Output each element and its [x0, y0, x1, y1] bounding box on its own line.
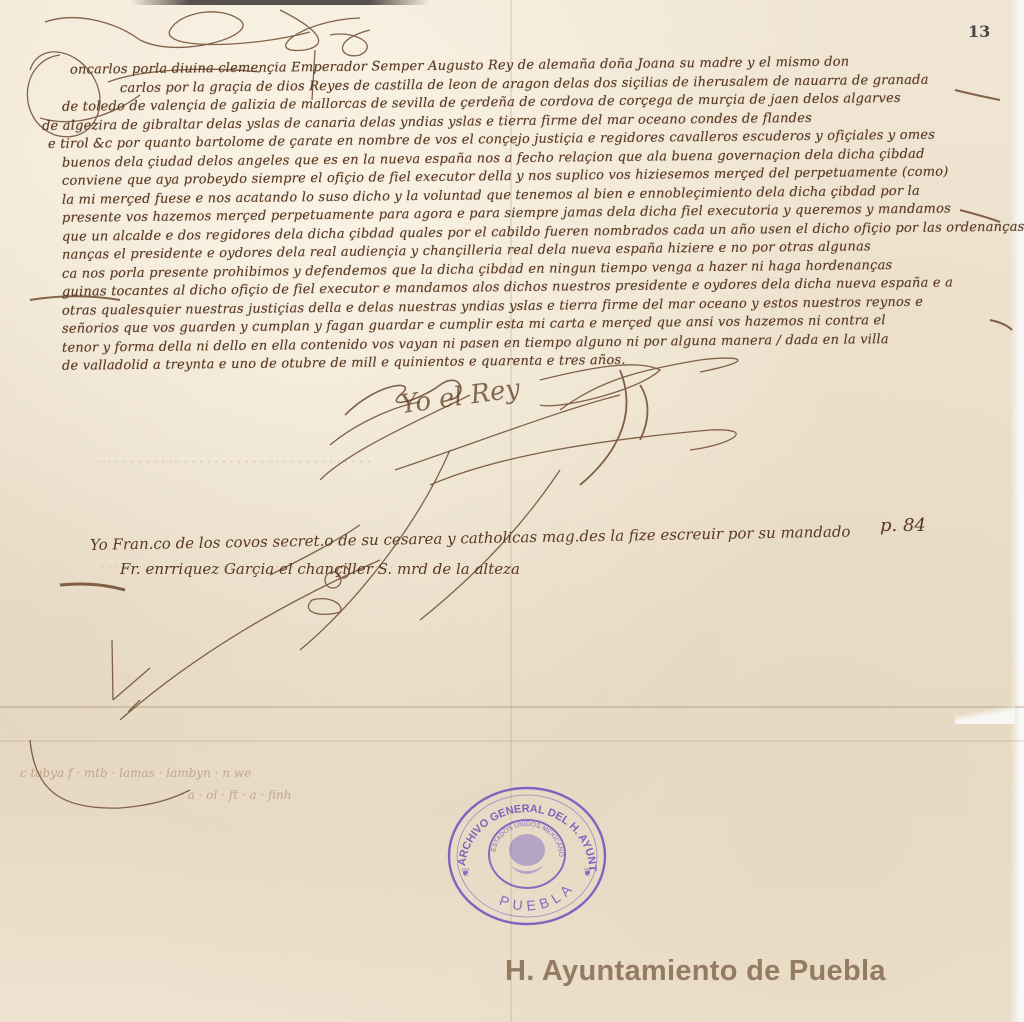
fold-line-horizontal-2: [0, 740, 1024, 742]
royal-signature: Yo el Rey: [398, 374, 521, 420]
secretary-note: Yo Fran.co de los covos secret.o de su c…: [90, 520, 990, 554]
manuscript-body: oncarlos porla diuina clemençia Emperado…: [40, 62, 1000, 377]
stamp-ornament-right: ❦: [583, 866, 592, 879]
fold-line-horizontal: [0, 706, 1024, 708]
folio-number: 13: [968, 22, 990, 41]
bleed-through-text: · · · · · · · · · · · · · · · · · · · · …: [100, 560, 417, 574]
archive-stamp-icon: ARCHIVO GENERAL DEL H. AYUNTAMIENTO ESTA…: [443, 784, 611, 928]
torn-edge: [955, 706, 1015, 724]
bleed-through-text: · a · ol · ft · a · finh: [180, 788, 292, 802]
rubric-note: p. 84: [880, 515, 926, 536]
archive-watermark: H. Ayuntamiento de Puebla: [505, 955, 886, 988]
bleed-through-text: c tabya f · mtb · lamas · iambyn · n we: [20, 766, 251, 780]
manuscript-page: 13: [0, 0, 1024, 1022]
stamp-ornament-left: ❦: [461, 866, 470, 879]
eagle-emblem-icon: [509, 834, 545, 874]
scan-right-margin: [1010, 0, 1024, 1022]
bleed-through-text: · · · · · · · · · · · · · · · · · · · · …: [100, 455, 371, 469]
scan-edge-shadow: [130, 0, 430, 5]
